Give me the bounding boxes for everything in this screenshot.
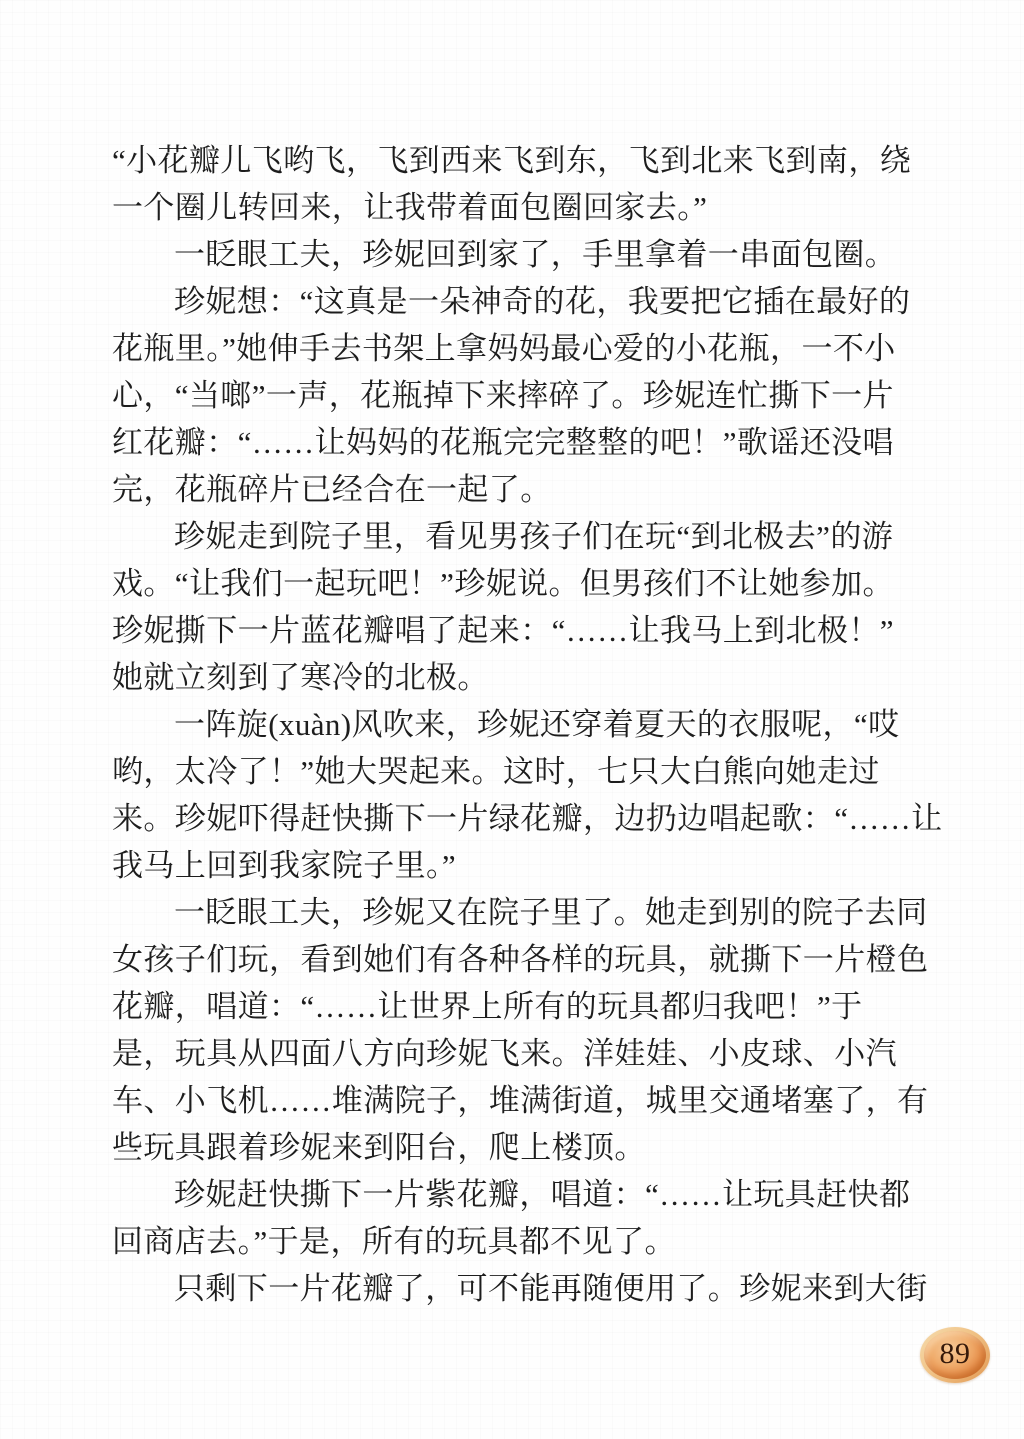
text-line: 些玩具跟着珍妮来到阳台，爬上楼顶。 xyxy=(112,1124,916,1171)
page-number-badge: 89 xyxy=(920,1327,990,1383)
text-line: 花瓣，唱道：“……让世界上所有的玩具都归我吧！”于 xyxy=(112,983,916,1030)
text-line: 一阵旋(xuàn)风吹来，珍妮还穿着夏天的衣服呢，“哎 xyxy=(112,701,916,748)
page-number-badge-inner: 89 xyxy=(924,1331,986,1379)
text-line: 珍妮赶快撕下一片紫花瓣，唱道：“……让玩具赶快都 xyxy=(112,1171,916,1218)
text-line: 车、小飞机……堆满院子，堆满街道，城里交通堵塞了，有 xyxy=(112,1077,916,1124)
text-line: 花瓶里。”她伸手去书架上拿妈妈最心爱的小花瓶，一不小 xyxy=(112,325,916,372)
text-line: 来。珍妮吓得赶快撕下一片绿花瓣，边扔边唱起歌：“……让 xyxy=(112,795,916,842)
text-line: 回商店去。”于是，所有的玩具都不见了。 xyxy=(112,1218,916,1265)
text-line: 一个圈儿转回来，让我带着面包圈回家去。” xyxy=(112,184,916,231)
text-line: 珍妮撕下一片蓝花瓣唱了起来：“……让我马上到北极！” xyxy=(112,607,916,654)
text-line: 珍妮走到院子里，看见男孩子们在玩“到北极去”的游 xyxy=(112,513,916,560)
text-line: 戏。“让我们一起玩吧！”珍妮说。但男孩们不让她参加。 xyxy=(112,560,916,607)
text-line: 女孩子们玩，看到她们有各种各样的玩具，就撕下一片橙色 xyxy=(112,936,916,983)
text-line: 红花瓣：“……让妈妈的花瓶完完整整的吧！”歌谣还没唱 xyxy=(112,419,916,466)
text-line: 是，玩具从四面八方向珍妮飞来。洋娃娃、小皮球、小汽 xyxy=(112,1030,916,1077)
text-line: 珍妮想：“这真是一朵神奇的花，我要把它插在最好的 xyxy=(112,278,916,325)
page-number: 89 xyxy=(940,1339,971,1369)
text-line: 心，“当啷”一声，花瓶掉下来摔碎了。珍妮连忙撕下一片 xyxy=(112,372,916,419)
text-line: 完，花瓶碎片已经合在一起了。 xyxy=(112,466,916,513)
story-text-block: “小花瓣儿飞哟飞，飞到西来飞到东，飞到北来飞到南，绕一个圈儿转回来，让我带着面包… xyxy=(112,137,916,1312)
textbook-page: “小花瓣儿飞哟飞，飞到西来飞到东，飞到北来飞到南，绕一个圈儿转回来，让我带着面包… xyxy=(0,0,1024,1439)
text-line: 哟，太冷了！”她大哭起来。这时，七只大白熊向她走过 xyxy=(112,748,916,795)
text-line: 她就立刻到了寒冷的北极。 xyxy=(112,654,916,701)
text-line: 一眨眼工夫，珍妮回到家了，手里拿着一串面包圈。 xyxy=(112,231,916,278)
text-line: “小花瓣儿飞哟飞，飞到西来飞到东，飞到北来飞到南，绕 xyxy=(112,137,916,184)
text-line: 我马上回到我家院子里。” xyxy=(112,842,916,889)
text-line: 一眨眼工夫，珍妮又在院子里了。她走到别的院子去同 xyxy=(112,889,916,936)
text-line: 只剩下一片花瓣了，可不能再随便用了。珍妮来到大街 xyxy=(112,1265,916,1312)
